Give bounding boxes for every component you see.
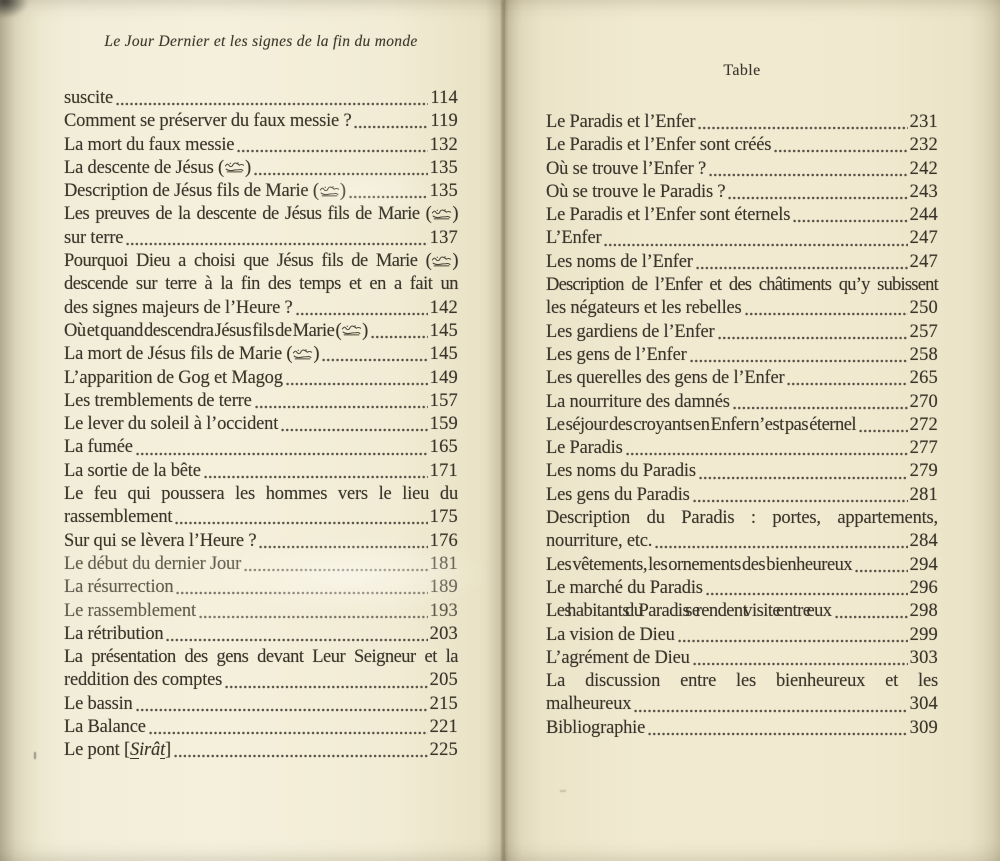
honorific-icon [431,255,452,269]
toc-page-number: 142 [430,297,458,320]
toc-entry: Pourquoi Dieu a choisi que Jésus fils de… [64,250,458,320]
toc-page-number: 232 [910,134,938,157]
toc-line-text: Où et quand descendra Jésus fils de Mari… [64,320,368,343]
toc-line: Les tremblements de terre157 [64,390,458,413]
toc-entry: suscite114 [64,87,458,110]
toc-entry: Sur qui se lèvera l’Heure ?176 [64,530,458,553]
dot-leader [225,685,427,689]
toc-page-number: 265 [910,367,938,390]
toc-page-number: 247 [910,227,938,250]
toc-line-text: La fumée [64,436,133,459]
toc-page-number: 145 [430,320,458,343]
toc-line: La mort du faux messie132 [64,134,458,157]
toc-line-text: L’apparition de Gog et Magog [64,367,283,390]
dot-leader [699,476,908,480]
toc-line: des signes majeurs de l’Heure ?142 [64,297,458,320]
toc-page-number: 242 [910,158,938,181]
dot-leader [787,382,907,386]
toc-line-text: Les noms de l’Enfer [546,251,693,274]
toc-line-text: L’agrément de Dieu [546,647,690,670]
toc-line: Le pont [Sirât]225 [64,739,458,762]
toc-line-text: Le séjour des croyants en Enfer n’est pa… [546,414,856,437]
toc-line-text: Bibliographie [546,717,645,740]
dot-leader [286,382,428,386]
toc-line-text: Description de l’Enfer et des châtiments… [546,275,938,295]
toc-line-text: La résurrection [64,576,173,599]
toc-entry: Les gens du Paradis281 [546,484,938,507]
toc-entry: Les preuves de la descente de Jésus fils… [64,203,458,250]
left-running-header: Le Jour Dernier et les signes de la fin … [64,33,458,51]
toc-line-text: Les gens du Paradis [546,484,690,507]
toc-page-number: 257 [910,321,938,344]
toc-entry: La Balance221 [64,716,458,739]
toc-line-text: malheureux [546,693,631,716]
toc-entry: Le pont [Sirât]225 [64,739,458,762]
toc-entry: Description de l’Enfer et des châtiments… [546,274,938,321]
toc-page-number: 157 [430,390,458,413]
toc-line: Comment se préserver du faux messie ?119 [64,110,458,133]
toc-line-text: La vision de Dieu [546,624,675,647]
toc-entry: Le Paradis et l’Enfer sont éternels244 [546,204,938,227]
toc-line: L’Enfer247 [546,227,938,250]
toc-line-text: sur terre [64,227,123,250]
toc-line: La sortie de la bête171 [64,460,458,483]
toc-line-text: Les preuves de la descente de Jésus fils… [64,204,458,224]
toc-line-text: Les noms du Paradis [546,460,696,483]
dot-leader [634,709,907,713]
toc-line: Description du Paradis : portes, apparte… [546,507,938,530]
toc-line-text: des signes majeurs de l’Heure ? [64,297,293,320]
toc-page-number: 272 [910,414,938,437]
toc-entry: Le Paradis277 [546,437,938,460]
dot-leader [655,545,907,549]
toc-page-number: 247 [910,251,938,274]
toc-line: Le rassemblement193 [64,600,458,623]
dot-leader [237,149,427,153]
toc-page-number: 225 [430,739,458,762]
toc-line-text: Les gardiens de l’Enfer [546,321,715,344]
dot-leader [693,499,908,503]
toc-entry: Les habitants du Paradis se rendent visi… [546,600,938,623]
toc-entry: Bibliographie309 [546,717,938,740]
toc-line: Les noms du Paradis279 [546,460,938,483]
toc-page-number: 296 [910,577,938,600]
toc-line-text: Le Paradis [546,437,623,460]
toc-line: Le Paradis et l’Enfer231 [546,111,938,134]
toc-line-text: La rétribution [64,623,163,646]
toc-line: Le début du dernier Jour181 [64,553,458,576]
dot-leader [136,452,428,456]
toc-page-number: 309 [910,717,938,740]
toc-entry: Les noms du Paradis279 [546,460,938,483]
dot-leader [698,126,907,130]
toc-line: La vision de Dieu299 [546,624,938,647]
dot-leader [745,312,908,316]
toc-line-text: Le Paradis et l’Enfer sont éternels [546,204,790,227]
toc-line: L’apparition de Gog et Magog149 [64,367,458,390]
toc-line: La résurrection189 [64,576,458,599]
dot-leader [728,196,907,200]
toc-entry: La résurrection189 [64,576,458,599]
toc-line-text: Comment se préserver du faux messie ? [64,110,351,133]
toc-entry: Le bassin215 [64,693,458,716]
toc-line-text: les négateurs et les rebelles [546,297,742,320]
toc-page-number: 119 [430,110,458,133]
toc-line: Les vêtements, les ornements des bienheu… [546,554,938,577]
dot-leader [626,452,908,456]
dot-leader [709,173,908,177]
toc-page-number: 299 [910,624,938,647]
toc-entry: Les querelles des gens de l’Enfer265 [546,367,938,390]
toc-line-text: La discussion entre les bienheureux et l… [546,671,938,691]
toc-entry: Les vêtements, les ornements des bienheu… [546,554,938,577]
dot-leader [774,149,907,153]
toc-line: La discussion entre les bienheureux et l… [546,670,938,693]
dot-leader [166,638,427,642]
dot-leader [322,358,427,362]
toc-line-text: La sortie de la bête [64,460,201,483]
dot-leader [855,569,907,573]
toc-line: Le Paradis277 [546,437,938,460]
toc-line: Description de Jésus fils de Marie ()135 [64,180,458,203]
toc-line-text: La descente de Jésus () [64,157,251,180]
toc-line-text: descende sur terre à la fin des temps et… [64,274,458,294]
toc-page-number: 193 [430,600,458,623]
toc-page-number: 145 [430,343,458,366]
toc-page-number: 277 [910,437,938,460]
toc-line: Où se trouve l’Enfer ?242 [546,158,938,181]
toc-line-text: La mort du faux messie [64,134,234,157]
toc-line: Les habitants du Paradis se rendent visi… [546,600,938,623]
toc-line: La mort de Jésus fils de Marie ()145 [64,343,458,366]
dot-leader [136,708,428,712]
toc-entry: Description de Jésus fils de Marie ()135 [64,180,458,203]
toc-line-text: Description de Jésus fils de Marie () [64,180,346,203]
toc-page-number: 298 [910,600,938,623]
dot-leader [176,591,427,595]
toc-page-number: 114 [430,87,458,110]
dot-leader [296,312,428,316]
toc-line: Le séjour des croyants en Enfer n’est pa… [546,414,938,437]
toc-page-number: 294 [910,554,938,577]
dot-leader [255,405,428,409]
toc-page-number: 304 [910,693,938,716]
toc-page-number: 159 [430,413,458,436]
toc-line: Le marché du Paradis296 [546,577,938,600]
toc-page-number: 176 [430,530,458,553]
toc-entry: Les tremblements de terre157 [64,390,458,413]
toc-line: La fumée165 [64,436,458,459]
toc-entry: Où se trouve le Paradis ?243 [546,181,938,204]
dot-leader [835,615,908,619]
toc-line-text: Le lever du soleil à l’occident [64,413,278,436]
toc-line-text: Le début du dernier Jour [64,553,241,576]
toc-line-text: La Balance [64,716,146,739]
toc-page-number: 284 [910,530,938,553]
dot-leader [648,732,908,736]
toc-page-number: 258 [910,344,938,367]
toc-entry: Où se trouve l’Enfer ?242 [546,158,938,181]
dot-leader [706,592,908,596]
toc-page-number: 181 [430,553,458,576]
toc-page-number: 205 [430,669,458,692]
toc-entry: Description du Paradis : portes, apparte… [546,507,938,554]
toc-entry: Les gardiens de l’Enfer257 [546,321,938,344]
dot-leader [116,102,428,106]
toc-line: malheureux304 [546,693,938,716]
transliterated-term: Sirât [130,740,165,760]
dot-leader [149,731,428,735]
toc-line: Les noms de l’Enfer247 [546,251,938,274]
toc-line: Description de l’Enfer et des châtiments… [546,274,938,297]
toc-line: suscite114 [64,87,458,110]
toc-page-number: 175 [430,506,458,529]
toc-line: Sur qui se lèvera l’Heure ?176 [64,530,458,553]
toc-line-text: Le rassemblement [64,600,196,623]
toc-right-column: Le Paradis et l’Enfer231Le Paradis et l’… [546,111,938,740]
toc-line: Le Paradis et l’Enfer sont créés232 [546,134,938,157]
toc-page-number: 135 [430,157,458,180]
dot-leader [859,429,908,433]
toc-page-number: 270 [910,391,938,414]
dot-leader [371,335,428,339]
honorific-icon [224,161,245,175]
toc-entry: La vision de Dieu299 [546,624,938,647]
toc-entry: L’Enfer247 [546,227,938,250]
toc-page-number: 171 [430,460,458,483]
dot-leader [259,545,427,549]
toc-entry: Où et quand descendra Jésus fils de Mari… [64,320,458,343]
toc-line: Les querelles des gens de l’Enfer265 [546,367,938,390]
toc-entry: La mort du faux messie132 [64,134,458,157]
toc-entry: La sortie de la bête171 [64,460,458,483]
dot-leader [254,172,428,176]
toc-line-text: Où se trouve le Paradis ? [546,181,725,204]
toc-line: Bibliographie309 [546,717,938,740]
toc-page-number: 189 [430,576,458,599]
toc-line-text: Les gens de l’Enfer [546,344,687,367]
toc-page-number: 215 [430,693,458,716]
toc-line-text: Description du Paradis : portes, apparte… [546,508,938,528]
toc-entry: Le marché du Paradis296 [546,577,938,600]
toc-entry: Le lever du soleil à l’occident159 [64,413,458,436]
toc-line: Le Paradis et l’Enfer sont éternels244 [546,204,938,227]
toc-line-text: Le feu qui poussera les hommes vers le l… [64,484,458,504]
toc-entry: Les noms de l’Enfer247 [546,251,938,274]
toc-line: descende sur terre à la fin des temps et… [64,273,458,296]
dot-leader [678,639,908,643]
toc-line: Pourquoi Dieu a choisi que Jésus fils de… [64,250,458,273]
toc-line-text: Les vêtements, les ornements des bienheu… [546,554,852,577]
toc-entry: La fumée165 [64,436,458,459]
toc-page-number: 137 [430,227,458,250]
honorific-icon [292,348,313,362]
toc-line: La présentation des gens devant Leur Sei… [64,646,458,669]
toc-entry: L’agrément de Dieu303 [546,647,938,670]
toc-line-text: La nourriture des damnés [546,391,730,414]
dot-leader [244,568,428,572]
toc-line-text: reddition des comptes [64,669,222,692]
toc-entry: La discussion entre les bienheureux et l… [546,670,938,717]
toc-line: Les gens de l’Enfer258 [546,344,938,367]
right-running-header: Table [546,62,938,80]
dot-leader [690,359,908,363]
toc-line-text: Le Paradis et l’Enfer sont créés [546,134,771,157]
toc-line: Le lever du soleil à l’occident159 [64,413,458,436]
toc-entry: La nourriture des damnés270 [546,391,938,414]
toc-line-text: Sur qui se lèvera l’Heure ? [64,530,256,553]
toc-line: La nourriture des damnés270 [546,391,938,414]
toc-line-text: suscite [64,87,113,110]
toc-line-text: Pourquoi Dieu a choisi que Jésus fils de… [64,251,458,271]
toc-page-number: 135 [430,180,458,203]
toc-line: Les gardiens de l’Enfer257 [546,321,938,344]
toc-line: La rétribution203 [64,623,458,646]
toc-entry: Les gens de l’Enfer258 [546,344,938,367]
dot-leader [175,521,427,525]
dot-leader [281,428,427,432]
toc-line: sur terre137 [64,227,458,250]
toc-left-column: suscite114Comment se préserver du faux m… [64,87,458,763]
dot-leader [354,125,428,129]
toc-line: La Balance221 [64,716,458,739]
toc-entry: La mort de Jésus fils de Marie ()145 [64,343,458,366]
toc-line: Où se trouve le Paradis ?243 [546,181,938,204]
toc-page-number: 165 [430,436,458,459]
toc-line-text: Les tremblements de terre [64,390,252,413]
toc-line-text: Le bassin [64,693,133,716]
dot-leader [693,662,908,666]
dot-leader [793,219,907,223]
toc-line: les négateurs et les rebelles250 [546,297,938,320]
toc-line: L’agrément de Dieu303 [546,647,938,670]
dot-leader [199,615,428,619]
toc-line: Le bassin215 [64,693,458,716]
toc-line: Le feu qui poussera les hommes vers le l… [64,483,458,506]
toc-line: Les gens du Paradis281 [546,484,938,507]
toc-line-text: Le marché du Paradis [546,577,703,600]
dot-leader [126,242,427,246]
honorific-icon [319,185,340,199]
toc-page-number: 244 [910,204,938,227]
toc-entry: Le séjour des croyants en Enfer n’est pa… [546,414,938,437]
toc-entry: La descente de Jésus ()135 [64,157,458,180]
toc-entry: Comment se préserver du faux messie ?119 [64,110,458,133]
dot-leader [604,243,907,247]
toc-line-text: Le pont [Sirât] [64,739,171,762]
toc-page-number: 250 [910,297,938,320]
toc-page-number: 203 [430,623,458,646]
toc-page-number: 149 [430,367,458,390]
honorific-icon [341,324,362,338]
toc-line-text: L’Enfer [546,227,601,250]
toc-entry: La présentation des gens devant Leur Sei… [64,646,458,693]
toc-line-text: Où se trouve l’Enfer ? [546,158,706,181]
toc-entry: Le feu qui poussera les hommes vers le l… [64,483,458,530]
toc-page-number: 221 [430,716,458,739]
toc-page-number: 132 [430,134,458,157]
toc-entry: Le Paradis et l’Enfer sont créés232 [546,134,938,157]
toc-page-number: 303 [910,647,938,670]
toc-line: rassemblement175 [64,506,458,529]
toc-entry: La rétribution203 [64,623,458,646]
toc-entry: L’apparition de Gog et Magog149 [64,367,458,390]
toc-page-number: 231 [910,111,938,134]
dot-leader [718,336,908,340]
toc-line: Les preuves de la descente de Jésus fils… [64,203,458,226]
honorific-icon [431,208,452,222]
dot-leader [174,754,428,758]
dot-leader [204,475,428,479]
toc-page-number: 243 [910,181,938,204]
toc-line-text: Le Paradis et l’Enfer [546,111,695,134]
dot-leader [349,195,428,199]
toc-entry: Le rassemblement193 [64,600,458,623]
toc-line-text: rassemblement [64,506,172,529]
toc-line: reddition des comptes205 [64,669,458,692]
toc-page-number: 281 [910,484,938,507]
dot-leader [733,406,908,410]
toc-line-text: Les querelles des gens de l’Enfer [546,367,784,390]
toc-line-text: Les habitants du Paradis se rendent visi… [546,600,832,623]
toc-entry: Le Paradis et l’Enfer231 [546,111,938,134]
toc-entry: Le début du dernier Jour181 [64,553,458,576]
toc-line-text: nourriture, etc. [546,530,652,553]
toc-line-text: La présentation des gens devant Leur Sei… [64,647,458,667]
toc-line: La descente de Jésus ()135 [64,157,458,180]
dot-leader [696,266,908,270]
toc-line: nourriture, etc.284 [546,530,938,553]
toc-line-text: La mort de Jésus fils de Marie () [64,343,319,366]
toc-line: Où et quand descendra Jésus fils de Mari… [64,320,458,343]
toc-page-number: 279 [910,460,938,483]
